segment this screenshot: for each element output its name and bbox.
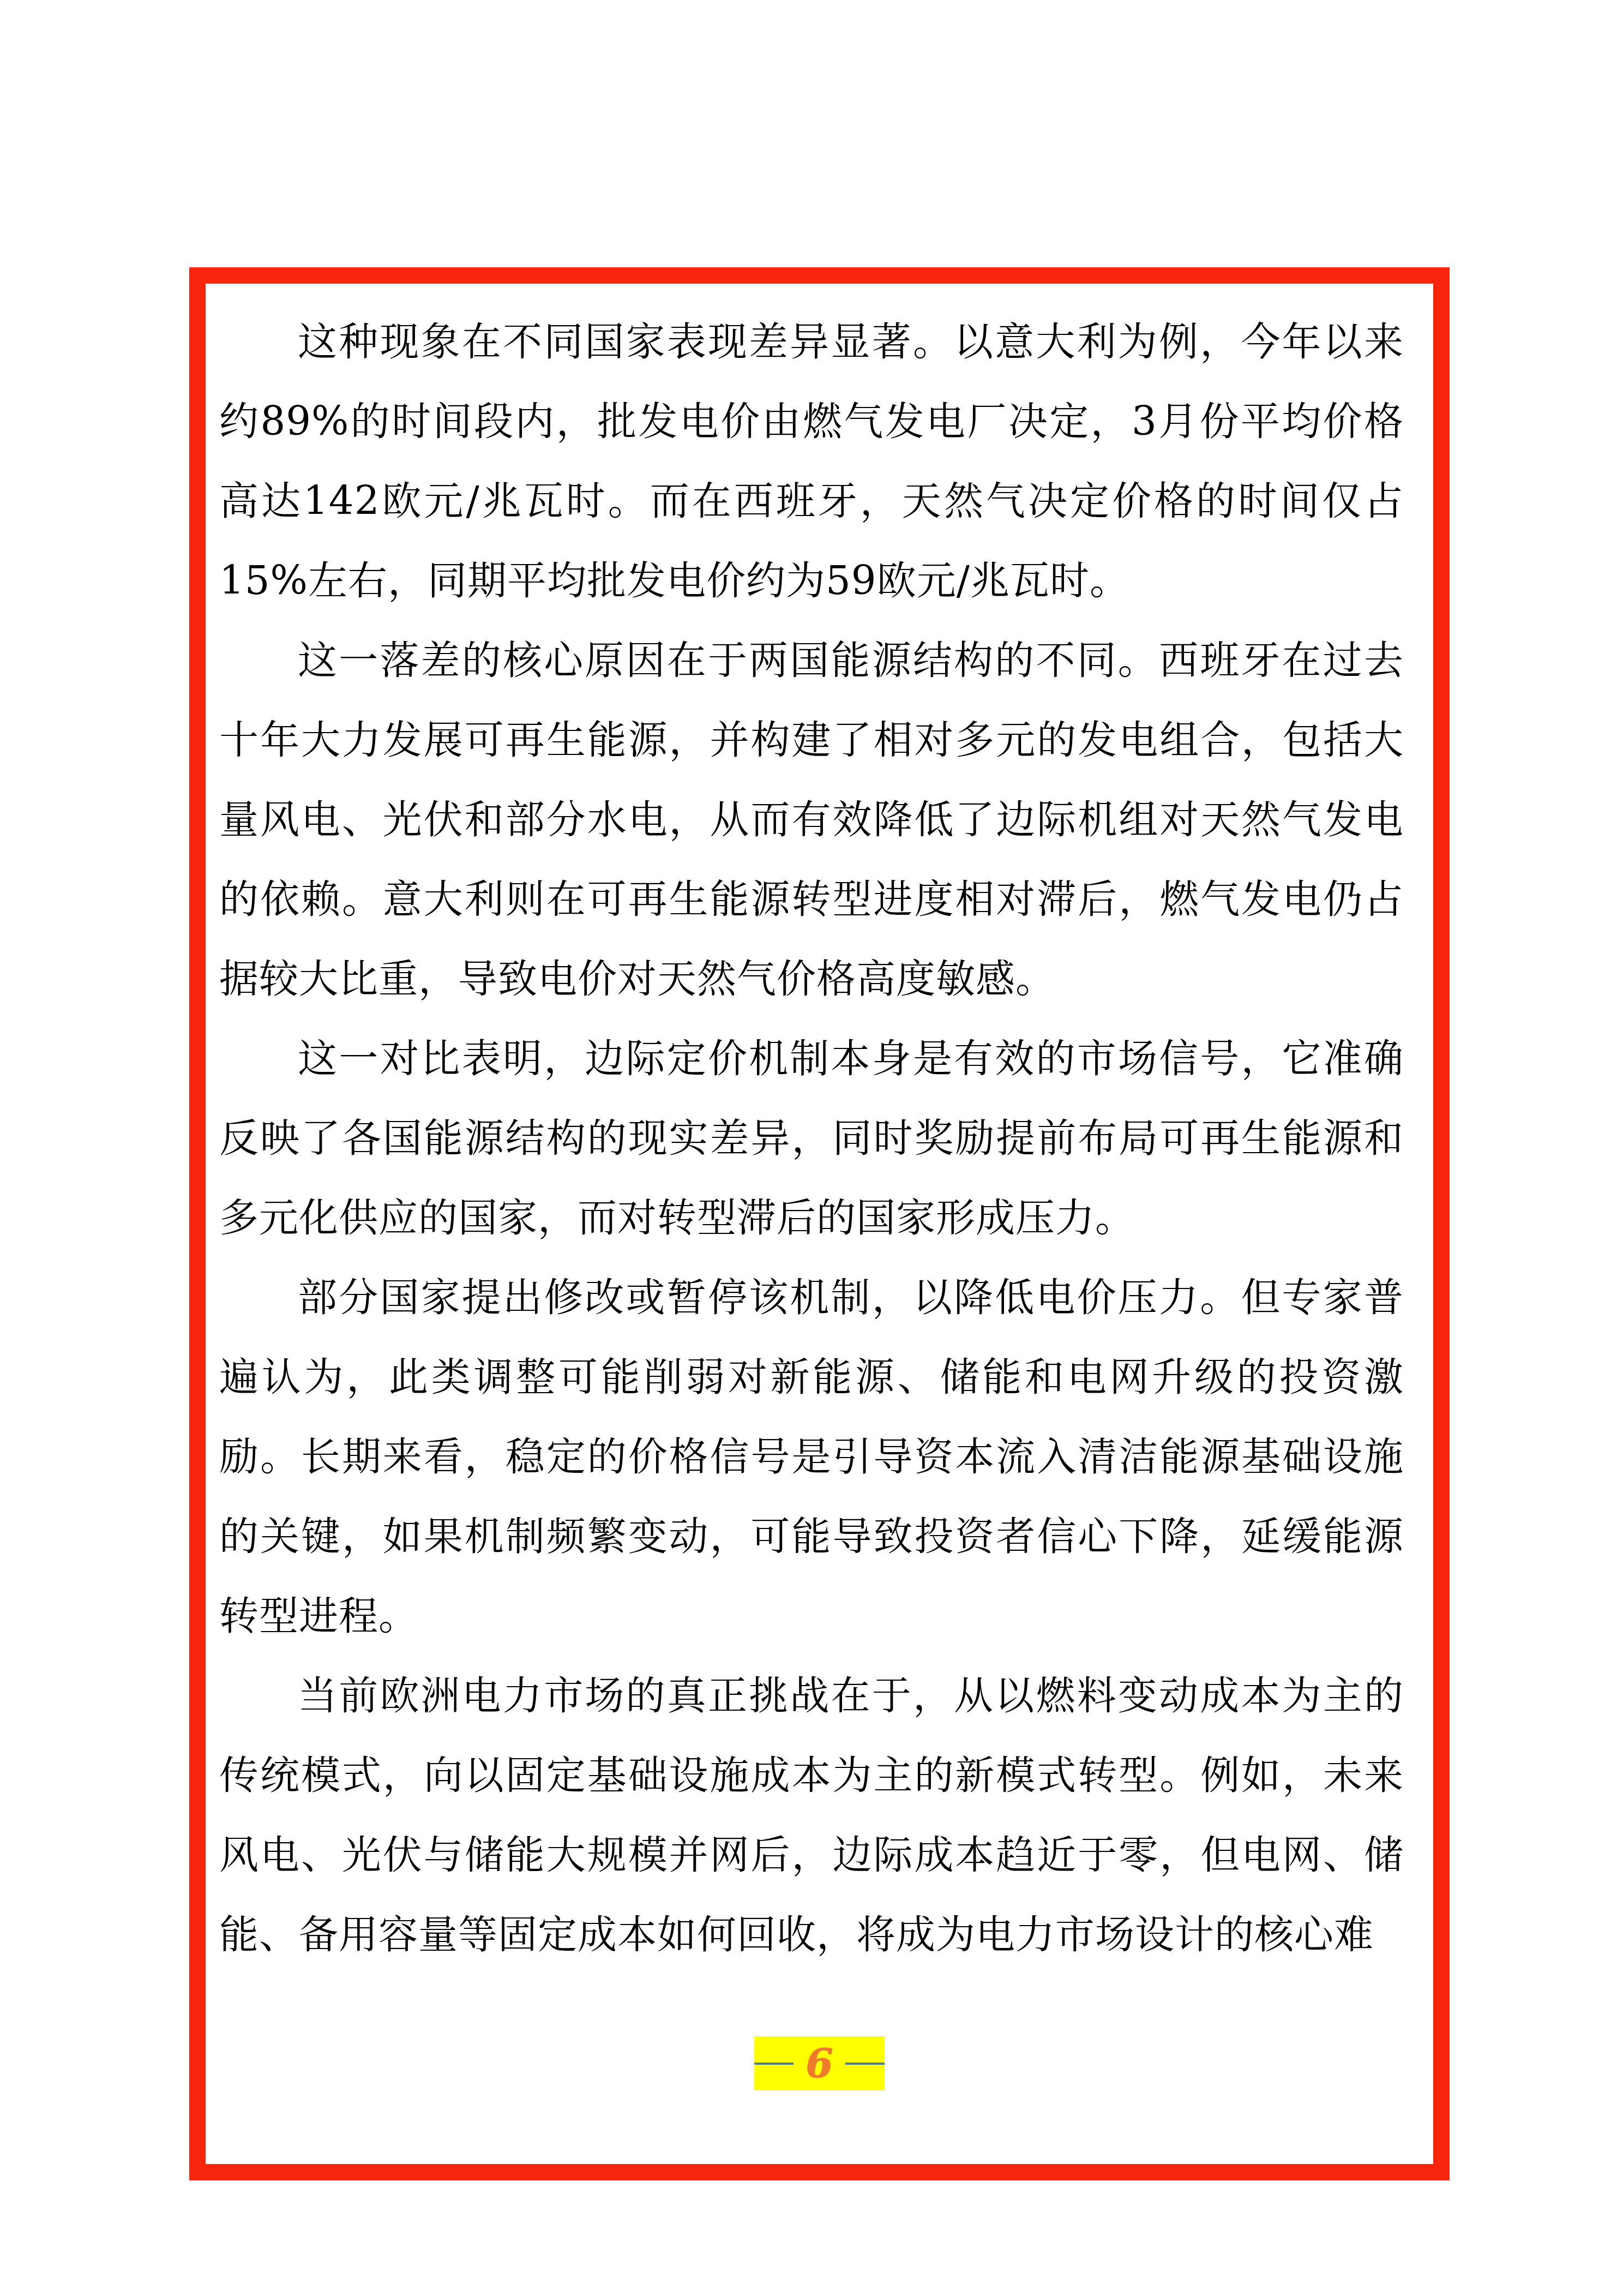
- page-number-badge: 6: [754, 2036, 885, 2090]
- paragraph-market-transition-challenge: 当前欧洲电力市场的真正挑战在于，从以燃料变动成本为主的传统模式，向以固定基础设施…: [219, 1656, 1404, 1974]
- paragraph-marginal-pricing-signal: 这一对比表明，边际定价机制本身是有效的市场信号，它准确反映了各国能源结构的现实差…: [219, 1018, 1404, 1257]
- page-number-right-dash: [845, 2063, 885, 2065]
- article-body: 这种现象在不同国家表现差异显著。以意大利为例，今年以来约89%的时间段内，批发电…: [219, 302, 1404, 1974]
- page-number: 6: [806, 2044, 833, 2083]
- paragraph-italy-spain-comparison: 这种现象在不同国家表现差异显著。以意大利为例，今年以来约89%的时间段内，批发电…: [219, 302, 1404, 620]
- paragraph-energy-structure-reason: 这一落差的核心原因在于两国能源结构的不同。西班牙在过去十年大力发展可再生能源，并…: [219, 620, 1404, 1018]
- page-number-left-dash: [754, 2063, 794, 2065]
- paragraph-mechanism-reform-debate: 部分国家提出修改或暂停该机制，以降低电价压力。但专家普遍认为，此类调整可能削弱对…: [219, 1257, 1404, 1656]
